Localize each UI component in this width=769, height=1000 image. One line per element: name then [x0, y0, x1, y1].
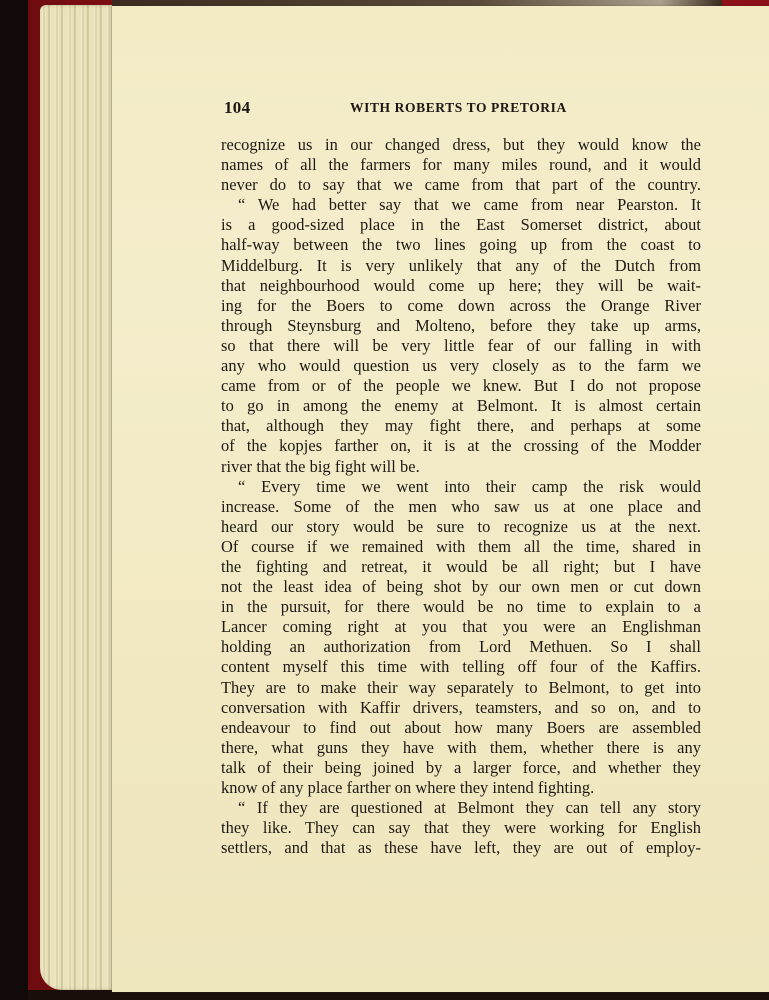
text-line: is a good-sized place in the East Somers… [221, 215, 701, 235]
page-body-text: recognize us in our changed dress, but t… [221, 135, 701, 858]
text-line: any who would question us very closely a… [221, 356, 701, 376]
text-line: conversation with Kaffir drivers, teamst… [221, 698, 701, 718]
page-number: 104 [224, 98, 250, 118]
text-line: “ Every time we went into their camp the… [221, 477, 701, 497]
text-line: not the least idea of being shot by our … [221, 577, 701, 597]
text-line: river that the big fight will be. [221, 457, 701, 477]
text-line: Lancer coming right at you that you were… [221, 617, 701, 637]
text-line: came from or of the people we knew. But … [221, 376, 701, 396]
text-line: settlers, and that as these have left, t… [221, 838, 701, 858]
text-line: know of any place farther on where they … [221, 778, 701, 798]
text-line: to go in among the enemy at Belmont. It … [221, 396, 701, 416]
text-line: so that there will be very little fear o… [221, 336, 701, 356]
text-line: increase. Some of the men who saw us at … [221, 497, 701, 517]
text-line: content myself this time with telling of… [221, 657, 701, 677]
text-line: they like. They can say that they were w… [221, 818, 701, 838]
page-header: 104 WITH ROBERTS TO PRETORIA [224, 98, 700, 122]
text-line: that, although they may fight there, and… [221, 416, 701, 436]
text-line: names of all the farmers for many miles … [221, 155, 701, 175]
text-line: Of course if we remained with them all t… [221, 537, 701, 557]
text-line: half-way between the two lines going up … [221, 235, 701, 255]
text-line: Middelburg. It is very unlikely that any… [221, 256, 701, 276]
page-edges-stack [40, 5, 116, 990]
text-line: never do to say that we came from that p… [221, 175, 701, 195]
text-line: “ We had better say that we came from ne… [221, 195, 701, 215]
text-line: holding an authorization from Lord Methu… [221, 637, 701, 657]
text-line: ing for the Boers to come down across th… [221, 296, 701, 316]
text-line: in the pursuit, for there would be no ti… [221, 597, 701, 617]
text-line: “ If they are questioned at Belmont they… [221, 798, 701, 818]
text-line: that neighbourhood would come up here; t… [221, 276, 701, 296]
text-line: talk of their being joined by a larger f… [221, 758, 701, 778]
text-line: the fighting and retreat, it would be al… [221, 557, 701, 577]
text-line: of the kopjes farther on, it is at the c… [221, 436, 701, 456]
running-head-title: WITH ROBERTS TO PRETORIA [350, 100, 567, 116]
text-line: They are to make their way separately to… [221, 678, 701, 698]
text-line: endeavour to find out about how many Boe… [221, 718, 701, 738]
text-line: there, what guns they have with them, wh… [221, 738, 701, 758]
text-line: recognize us in our changed dress, but t… [221, 135, 701, 155]
text-line: heard our story would be sure to recogni… [221, 517, 701, 537]
text-line: through Steynsburg and Molteno, before t… [221, 316, 701, 336]
